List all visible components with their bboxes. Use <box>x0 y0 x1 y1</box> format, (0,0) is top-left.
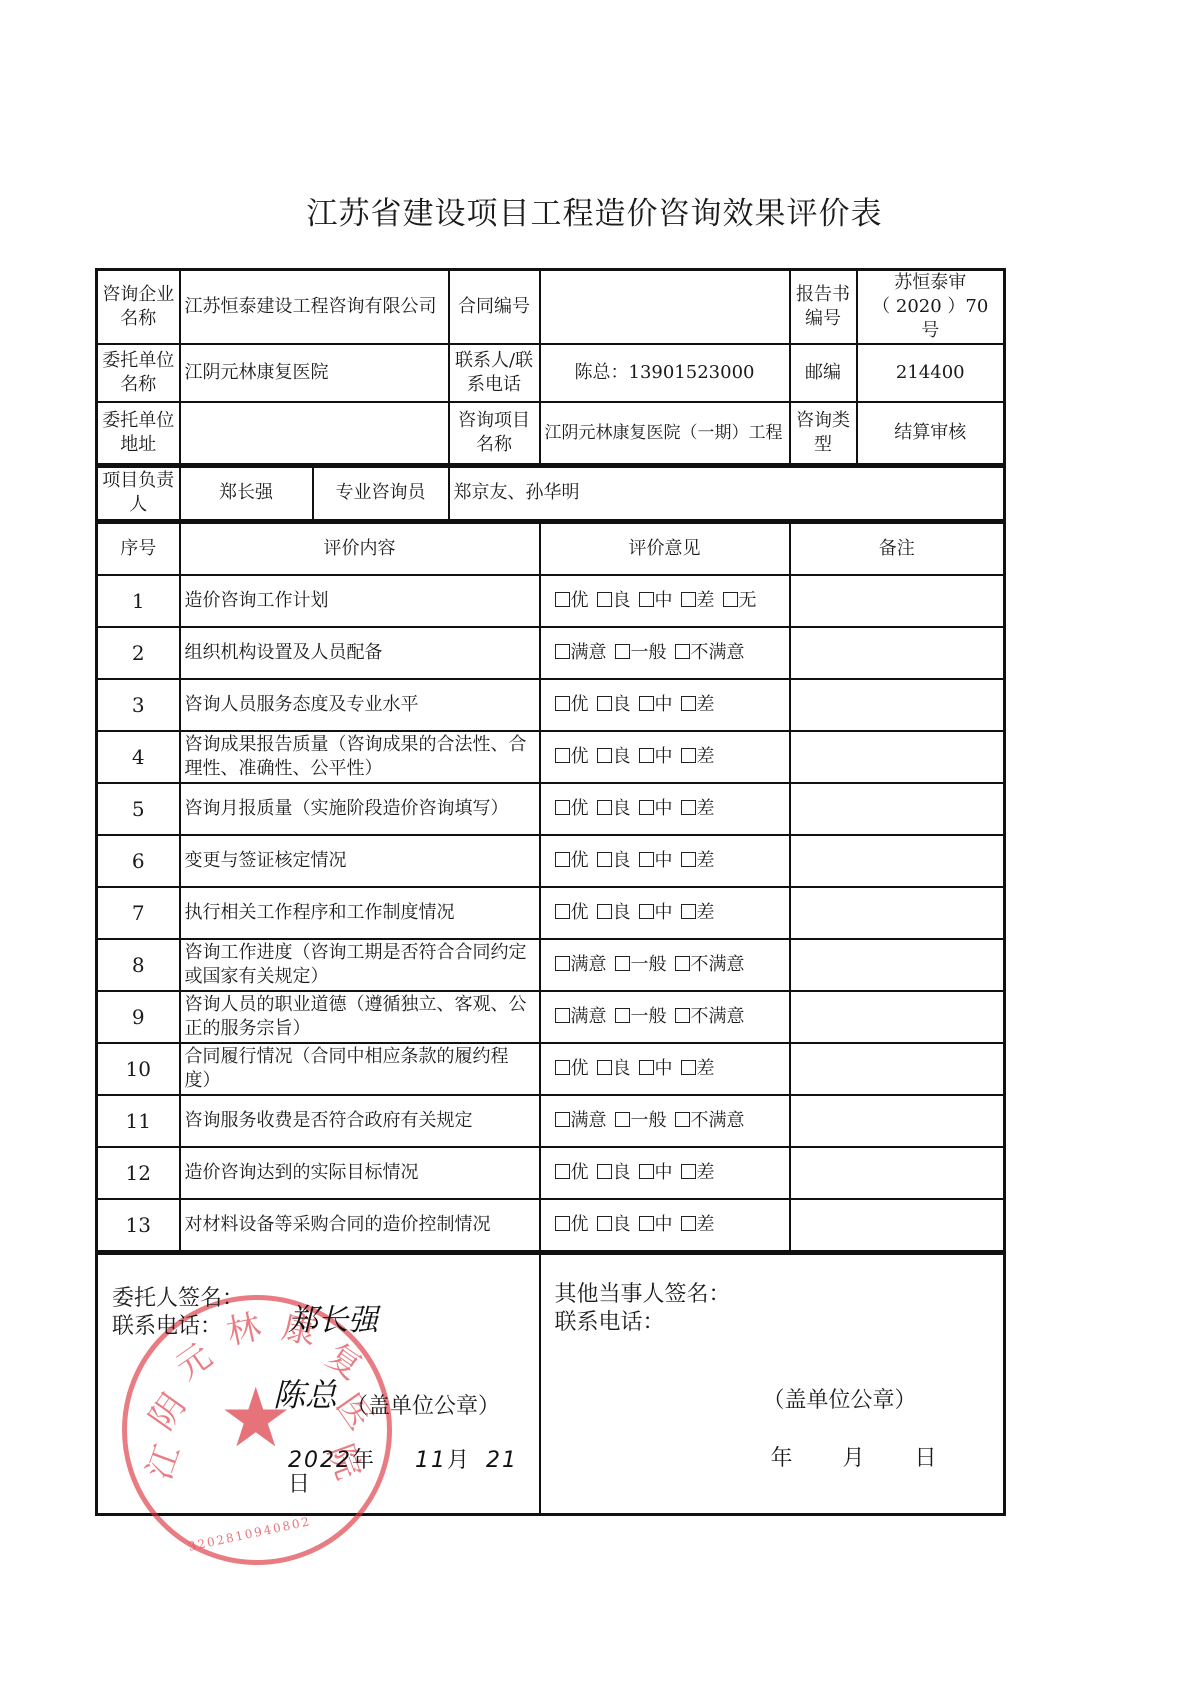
evaluation-table: 序号 评价内容 评价意见 备注 1造价咨询工作计划优良中差无2组织机构设置及人员… <box>95 522 1006 1253</box>
page-title: 江苏省建设项目工程造价咨询效果评价表 <box>0 188 1189 233</box>
row-content: 咨询工作进度（咨询工期是否符合合同约定或国家有关规定） <box>180 939 540 991</box>
checkbox-icon[interactable] <box>675 1008 690 1023</box>
option-label: 差 <box>697 590 715 611</box>
checkbox-icon[interactable] <box>615 956 630 971</box>
consult-type-value[interactable]: 结算审核 <box>857 402 1005 464</box>
row-number: 12 <box>97 1147 180 1199</box>
table-row: 8咨询工作进度（咨询工期是否符合合同约定或国家有关规定）满意一般不满意 <box>97 939 1005 991</box>
checkbox-icon[interactable] <box>555 1008 570 1023</box>
checkbox-icon[interactable] <box>639 1164 654 1179</box>
report-no-value[interactable]: 苏恒泰审 （ 2020 ）70 号 <box>857 270 1005 345</box>
row-options: 优良中差 <box>540 731 790 783</box>
option-label: 一般 <box>631 642 667 663</box>
option-label: 优 <box>571 746 589 767</box>
option-checkbox[interactable]: 满意 <box>555 954 607 975</box>
option-label: 中 <box>655 1058 673 1079</box>
col-header-opinion: 评价意见 <box>540 523 790 575</box>
checkbox-icon[interactable] <box>639 748 654 763</box>
row-options: 满意一般不满意 <box>540 939 790 991</box>
row-options: 优良中差无 <box>540 575 790 627</box>
option-checkbox[interactable]: 一般 <box>615 954 667 975</box>
month-suffix: 月 <box>447 1448 471 1473</box>
checkbox-icon[interactable] <box>681 696 696 711</box>
option-checkbox[interactable]: 良 <box>597 1058 631 1079</box>
checkbox-icon[interactable] <box>555 1060 570 1075</box>
checkbox-icon[interactable] <box>639 852 654 867</box>
checkbox-icon[interactable] <box>597 852 612 867</box>
contract-no-value[interactable] <box>540 270 790 345</box>
table-row: 13对材料设备等采购合同的造价控制情况优良中差 <box>97 1199 1005 1251</box>
option-checkbox[interactable]: 中 <box>639 746 673 767</box>
client-signature-2[interactable]: 陈总 <box>273 1383 337 1407</box>
option-label: 优 <box>571 694 589 715</box>
checkbox-icon[interactable] <box>675 644 690 659</box>
stamp-code: 3202810940802 <box>186 1509 314 1559</box>
report-no-label: 报告书编号 <box>790 270 857 345</box>
col-header-content: 评价内容 <box>180 523 540 575</box>
postcode-value[interactable]: 214400 <box>857 344 1005 402</box>
checkbox-icon[interactable] <box>681 800 696 815</box>
option-checkbox[interactable]: 差 <box>681 590 715 611</box>
checkbox-icon[interactable] <box>681 1060 696 1075</box>
option-checkbox[interactable]: 中 <box>639 694 673 715</box>
year-suffix: 年 <box>352 1448 376 1473</box>
option-checkbox[interactable]: 优 <box>555 590 589 611</box>
option-label: 中 <box>655 590 673 611</box>
row-number: 4 <box>97 731 180 783</box>
checkbox-icon[interactable] <box>555 852 570 867</box>
option-checkbox[interactable]: 满意 <box>555 642 607 663</box>
row-number: 13 <box>97 1199 180 1251</box>
option-label: 一般 <box>631 1006 667 1027</box>
option-label: 优 <box>571 850 589 871</box>
header-info-table: 咨询企业名称 江苏恒泰建设工程咨询有限公司 合同编号 报告书编号 苏恒泰审 （ … <box>95 268 1006 466</box>
row-note[interactable] <box>790 627 1005 679</box>
option-label: 差 <box>697 850 715 871</box>
option-checkbox[interactable]: 中 <box>639 902 673 923</box>
row-content: 造价咨询工作计划 <box>180 575 540 627</box>
checkbox-icon[interactable] <box>681 748 696 763</box>
project-name-label: 咨询项目名称 <box>449 402 540 464</box>
row-options: 满意一般不满意 <box>540 627 790 679</box>
checkbox-icon[interactable] <box>639 592 654 607</box>
checkbox-icon[interactable] <box>681 592 696 607</box>
row-number: 10 <box>97 1043 180 1095</box>
stamp-char: 林 <box>225 1314 263 1345</box>
checkbox-icon[interactable] <box>639 1216 654 1231</box>
option-checkbox[interactable]: 优 <box>555 1058 589 1079</box>
option-checkbox[interactable]: 良 <box>597 850 631 871</box>
row-content: 执行相关工作程序和工作制度情况 <box>180 887 540 939</box>
stamp-char: 江 <box>147 1441 181 1481</box>
checkbox-icon[interactable] <box>555 1216 570 1231</box>
contact-label: 联系人/联系电话 <box>449 344 540 402</box>
row-note[interactable] <box>790 679 1005 731</box>
checkbox-icon[interactable] <box>681 904 696 919</box>
checkbox-icon[interactable] <box>597 1060 612 1075</box>
option-checkbox[interactable]: 良 <box>597 590 631 611</box>
checkbox-icon[interactable] <box>597 904 612 919</box>
row-number: 7 <box>97 887 180 939</box>
row-options: 满意一般不满意 <box>540 991 790 1043</box>
row-number: 3 <box>97 679 180 731</box>
option-checkbox[interactable]: 良 <box>597 902 631 923</box>
row-note[interactable] <box>790 1043 1005 1095</box>
row-options: 优良中差 <box>540 783 790 835</box>
table-row: 10合同履行情况（合同中相应条款的履约程度）优良中差 <box>97 1043 1005 1095</box>
row-note[interactable] <box>790 1199 1005 1251</box>
stamp-char: 元 <box>173 1342 215 1381</box>
option-checkbox[interactable]: 中 <box>639 590 673 611</box>
option-checkbox[interactable]: 中 <box>639 1058 673 1079</box>
option-label: 中 <box>655 694 673 715</box>
option-checkbox[interactable]: 优 <box>555 902 589 923</box>
report-no-line1: 苏恒泰审 <box>862 271 1000 295</box>
consultants-value[interactable]: 郑京友、孙华明 <box>449 467 1005 521</box>
option-label: 中 <box>655 1214 673 1235</box>
option-checkbox[interactable]: 中 <box>639 850 673 871</box>
option-checkbox[interactable]: 良 <box>597 746 631 767</box>
checkbox-icon[interactable] <box>555 800 570 815</box>
option-checkbox[interactable]: 良 <box>597 1214 631 1235</box>
other-seal-label: （盖单位公章） <box>763 1389 917 1413</box>
row-options: 优良中差 <box>540 1199 790 1251</box>
option-checkbox[interactable]: 差 <box>681 798 715 819</box>
table-row: 5咨询月报质量（实施阶段造价咨询填写）优良中差 <box>97 783 1005 835</box>
checkbox-icon[interactable] <box>639 696 654 711</box>
checkbox-icon[interactable] <box>555 1164 570 1179</box>
row-note[interactable] <box>790 1095 1005 1147</box>
option-label: 不满意 <box>691 642 745 663</box>
option-label: 良 <box>613 798 631 819</box>
option-label: 中 <box>655 850 673 871</box>
option-label: 良 <box>613 746 631 767</box>
table-row: 1造价咨询工作计划优良中差无 <box>97 575 1005 627</box>
client-date-year: 2022 <box>288 1448 352 1473</box>
option-label: 中 <box>655 746 673 767</box>
table-row: 12造价咨询达到的实际目标情况优良中差 <box>97 1147 1005 1199</box>
row-content: 咨询服务收费是否符合政府有关规定 <box>180 1095 540 1147</box>
report-no-line2: （ 2020 ）70 号 <box>862 295 1000 343</box>
client-phone-label: 联系电话： <box>112 1313 222 1341</box>
option-checkbox[interactable]: 良 <box>597 694 631 715</box>
checkbox-icon[interactable] <box>615 644 630 659</box>
checkbox-icon[interactable] <box>639 904 654 919</box>
option-label: 良 <box>613 1058 631 1079</box>
row-content: 造价咨询达到的实际目标情况 <box>180 1147 540 1199</box>
row-number: 9 <box>97 991 180 1043</box>
checkbox-icon[interactable] <box>555 1112 570 1127</box>
option-checkbox[interactable]: 无 <box>723 590 757 611</box>
option-checkbox[interactable]: 一般 <box>615 1006 667 1027</box>
checkbox-icon[interactable] <box>555 748 570 763</box>
option-checkbox[interactable]: 不满意 <box>675 1110 745 1131</box>
row-options: 优良中差 <box>540 1043 790 1095</box>
option-checkbox[interactable]: 差 <box>681 694 715 715</box>
contract-no-label: 合同编号 <box>449 270 540 345</box>
client-sign-label: 委托人签名： <box>112 1285 244 1313</box>
row-note[interactable] <box>790 835 1005 887</box>
row-options: 优良中差 <box>540 835 790 887</box>
row-number: 5 <box>97 783 180 835</box>
row-note[interactable] <box>790 783 1005 835</box>
option-checkbox[interactable]: 中 <box>639 1162 673 1183</box>
project-lead-label: 项目负责人 <box>97 467 180 521</box>
row-options: 优良中差 <box>540 679 790 731</box>
row-content: 组织机构设置及人员配备 <box>180 627 540 679</box>
option-checkbox[interactable]: 中 <box>639 1214 673 1235</box>
table-row: 11咨询服务收费是否符合政府有关规定满意一般不满意 <box>97 1095 1005 1147</box>
client-date-day: 21 <box>486 1448 518 1473</box>
option-label: 满意 <box>571 1006 607 1027</box>
option-checkbox[interactable]: 优 <box>555 798 589 819</box>
checkbox-icon[interactable] <box>639 1060 654 1075</box>
option-label: 良 <box>613 902 631 923</box>
row-content: 对材料设备等采购合同的造价控制情况 <box>180 1199 540 1251</box>
col-header-no: 序号 <box>97 523 180 575</box>
option-label: 满意 <box>571 642 607 663</box>
option-checkbox[interactable]: 不满意 <box>675 1006 745 1027</box>
checkbox-icon[interactable] <box>555 904 570 919</box>
option-label: 优 <box>571 902 589 923</box>
checkbox-icon[interactable] <box>597 1164 612 1179</box>
option-label: 一般 <box>631 1110 667 1131</box>
checkbox-icon[interactable] <box>555 956 570 971</box>
option-checkbox[interactable]: 差 <box>681 1214 715 1235</box>
option-label: 良 <box>613 694 631 715</box>
option-checkbox[interactable]: 中 <box>639 798 673 819</box>
option-label: 满意 <box>571 1110 607 1131</box>
consult-company-label: 咨询企业名称 <box>97 270 180 345</box>
row-options: 优良中差 <box>540 887 790 939</box>
table-row: 4咨询成果报告质量（咨询成果的合法性、合理性、准确性、公平性）优良中差 <box>97 731 1005 783</box>
consultants-label: 专业咨询员 <box>313 467 449 521</box>
row-options: 满意一般不满意 <box>540 1095 790 1147</box>
option-label: 一般 <box>631 954 667 975</box>
eval-header-row: 序号 评价内容 评价意见 备注 <box>97 523 1005 575</box>
row-number: 1 <box>97 575 180 627</box>
client-seal-label: （盖单位公章） <box>346 1395 500 1419</box>
option-checkbox[interactable]: 优 <box>555 1162 589 1183</box>
checkbox-icon[interactable] <box>675 956 690 971</box>
row-content: 咨询月报质量（实施阶段造价咨询填写） <box>180 783 540 835</box>
option-checkbox[interactable]: 差 <box>681 1162 715 1183</box>
option-label: 满意 <box>571 954 607 975</box>
row-number: 6 <box>97 835 180 887</box>
option-label: 优 <box>571 1058 589 1079</box>
row-note[interactable] <box>790 575 1005 627</box>
option-label: 差 <box>697 902 715 923</box>
checkbox-icon[interactable] <box>675 1112 690 1127</box>
option-checkbox[interactable]: 差 <box>681 746 715 767</box>
eval-rows: 1造价咨询工作计划优良中差无2组织机构设置及人员配备满意一般不满意3咨询人员服务… <box>97 575 1005 1251</box>
option-label: 优 <box>571 1214 589 1235</box>
option-label: 不满意 <box>691 1110 745 1131</box>
option-checkbox[interactable]: 不满意 <box>675 642 745 663</box>
option-label: 良 <box>613 850 631 871</box>
checkbox-icon[interactable] <box>555 592 570 607</box>
row-content: 变更与签证核定情况 <box>180 835 540 887</box>
option-label: 优 <box>571 1162 589 1183</box>
other-signature-cell: 其他当事人签名： 联系电话： （盖单位公章） 年 月 日 <box>540 1254 1005 1515</box>
option-label: 差 <box>697 1058 715 1079</box>
checkbox-icon[interactable] <box>597 592 612 607</box>
row-note[interactable] <box>790 939 1005 991</box>
checkbox-icon[interactable] <box>681 1216 696 1231</box>
row-number: 11 <box>97 1095 180 1147</box>
day-suffix: 日 <box>288 1472 312 1497</box>
client-address-label: 委托单位地址 <box>97 402 180 464</box>
evaluation-form: 咨询企业名称 江苏恒泰建设工程咨询有限公司 合同编号 报告书编号 苏恒泰审 （ … <box>95 268 1071 1516</box>
option-checkbox[interactable]: 优 <box>555 694 589 715</box>
row-note[interactable] <box>790 991 1005 1043</box>
checkbox-icon[interactable] <box>681 1164 696 1179</box>
client-name-value[interactable]: 江阴元林康复医院 <box>180 344 449 402</box>
row-content: 合同履行情况（合同中相应条款的履约程度） <box>180 1043 540 1095</box>
option-label: 差 <box>697 694 715 715</box>
option-checkbox[interactable]: 良 <box>597 798 631 819</box>
option-label: 良 <box>613 590 631 611</box>
checkbox-icon[interactable] <box>597 748 612 763</box>
table-row: 9咨询人员的职业道德（遵循独立、客观、公正的服务宗旨）满意一般不满意 <box>97 991 1005 1043</box>
checkbox-icon[interactable] <box>597 800 612 815</box>
other-phone-label: 联系电话： <box>555 1309 665 1337</box>
row-note[interactable] <box>790 887 1005 939</box>
option-label: 良 <box>613 1214 631 1235</box>
lead-table: 项目负责人 郑长强 专业咨询员 郑京友、孙华明 <box>95 466 1006 523</box>
checkbox-icon[interactable] <box>723 592 738 607</box>
project-lead-value[interactable]: 郑长强 <box>180 467 313 521</box>
checkbox-icon[interactable] <box>681 852 696 867</box>
option-label: 差 <box>697 746 715 767</box>
checkbox-icon[interactable] <box>597 696 612 711</box>
checkbox-icon[interactable] <box>615 1008 630 1023</box>
other-date[interactable]: 年 月 日 <box>771 1447 939 1471</box>
consult-company-value[interactable]: 江苏恒泰建设工程咨询有限公司 <box>180 270 449 345</box>
option-label: 中 <box>655 1162 673 1183</box>
row-options: 优良中差 <box>540 1147 790 1199</box>
row-number: 8 <box>97 939 180 991</box>
option-label: 中 <box>655 798 673 819</box>
table-row: 6变更与签证核定情况优良中差 <box>97 835 1005 887</box>
client-date[interactable]: 2022年 11月 21日 <box>288 1449 539 1497</box>
col-header-note: 备注 <box>790 523 1005 575</box>
table-row: 7执行相关工作程序和工作制度情况优良中差 <box>97 887 1005 939</box>
client-name-label: 委托单位名称 <box>97 344 180 402</box>
option-checkbox[interactable]: 满意 <box>555 1006 607 1027</box>
option-checkbox[interactable]: 优 <box>555 746 589 767</box>
other-sign-label: 其他当事人签名： <box>555 1281 731 1309</box>
table-row: 2组织机构设置及人员配备满意一般不满意 <box>97 627 1005 679</box>
option-checkbox[interactable]: 不满意 <box>675 954 745 975</box>
option-label: 差 <box>697 1162 715 1183</box>
table-row: 3咨询人员服务态度及专业水平优良中差 <box>97 679 1005 731</box>
row-content: 咨询人员的职业道德（遵循独立、客观、公正的服务宗旨） <box>180 991 540 1043</box>
postcode-label: 邮编 <box>790 344 857 402</box>
option-label: 优 <box>571 590 589 611</box>
option-label: 无 <box>739 590 757 611</box>
option-label: 不满意 <box>691 954 745 975</box>
checkbox-icon[interactable] <box>597 1216 612 1231</box>
option-checkbox[interactable]: 优 <box>555 850 589 871</box>
client-date-month: 11 <box>415 1448 447 1473</box>
option-checkbox[interactable]: 差 <box>681 1058 715 1079</box>
option-label: 差 <box>697 1214 715 1235</box>
client-address-value[interactable] <box>180 402 449 464</box>
option-checkbox[interactable]: 差 <box>681 902 715 923</box>
checkbox-icon[interactable] <box>639 800 654 815</box>
signature-table: ★ 江 阴 元 林 康 复 医 院 3202810940802 委托人签名： 联… <box>95 1253 1006 1516</box>
contact-value[interactable]: 陈总：13901523000 <box>540 344 790 402</box>
row-content: 咨询成果报告质量（咨询成果的合法性、合理性、准确性、公平性） <box>180 731 540 783</box>
option-checkbox[interactable]: 良 <box>597 1162 631 1183</box>
checkbox-icon[interactable] <box>555 644 570 659</box>
row-note[interactable] <box>790 1147 1005 1199</box>
row-note[interactable] <box>790 731 1005 783</box>
option-label: 中 <box>655 902 673 923</box>
option-label: 优 <box>571 798 589 819</box>
project-name-value[interactable]: 江阴元林康复医院（一期）工程 <box>540 402 790 464</box>
option-label: 差 <box>697 798 715 819</box>
stamp-char: 阴 <box>148 1391 187 1433</box>
option-label: 良 <box>613 1162 631 1183</box>
option-checkbox[interactable]: 满意 <box>555 1110 607 1131</box>
option-checkbox[interactable]: 一般 <box>615 1110 667 1131</box>
row-content: 咨询人员服务态度及专业水平 <box>180 679 540 731</box>
client-signature-cell: ★ 江 阴 元 林 康 复 医 院 3202810940802 委托人签名： 联… <box>97 1254 540 1515</box>
option-label: 不满意 <box>691 1006 745 1027</box>
consult-type-label: 咨询类型 <box>790 402 857 464</box>
client-signature-1[interactable]: 郑长强 <box>288 1309 378 1333</box>
option-checkbox[interactable]: 优 <box>555 1214 589 1235</box>
checkbox-icon[interactable] <box>615 1112 630 1127</box>
option-checkbox[interactable]: 一般 <box>615 642 667 663</box>
option-checkbox[interactable]: 差 <box>681 850 715 871</box>
checkbox-icon[interactable] <box>555 696 570 711</box>
row-number: 2 <box>97 627 180 679</box>
